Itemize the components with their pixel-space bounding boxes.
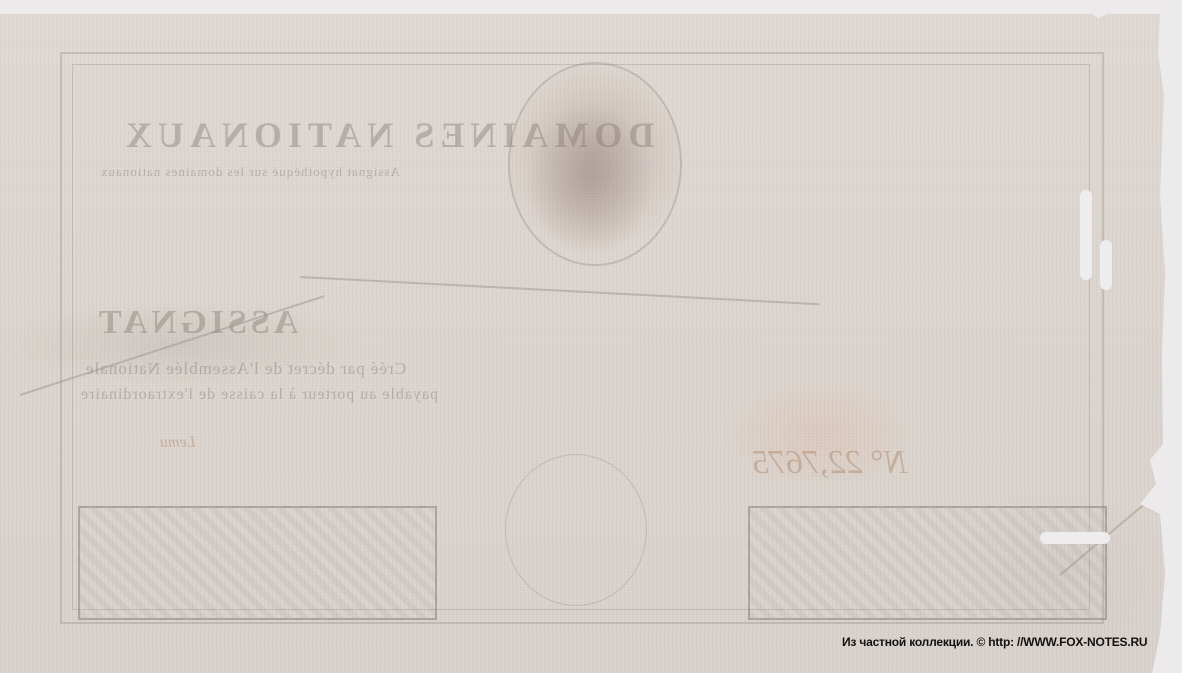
ghost-subtitle: Assignat hypothéqué sur les domaines nat… [100,164,400,180]
portrait-medallion [508,62,682,266]
collection-caption: Из частной коллекции. © http: //WWW.FOX-… [842,635,1147,649]
ghost-title: DOMAINES NATIONAUX [120,114,654,156]
ornamental-panel-left [78,506,437,620]
handwritten-signature: Lemu [160,434,196,452]
ghost-text-line: payable au porteur à la caisse de l'extr… [80,386,438,404]
handwritten-serial: N° 22,7675 [752,444,907,482]
dry-seal [505,454,647,606]
paper-tear [1040,532,1110,544]
banknote-reverse: DOMAINES NATIONAUX Assignat hypothéqué s… [0,14,1165,673]
paper-tear [1080,190,1092,280]
paper-tear [1100,240,1112,290]
ghost-text-line: Créé par décret de l'Assemblée Nationale [85,359,406,379]
ornamental-panel-right [748,506,1107,620]
